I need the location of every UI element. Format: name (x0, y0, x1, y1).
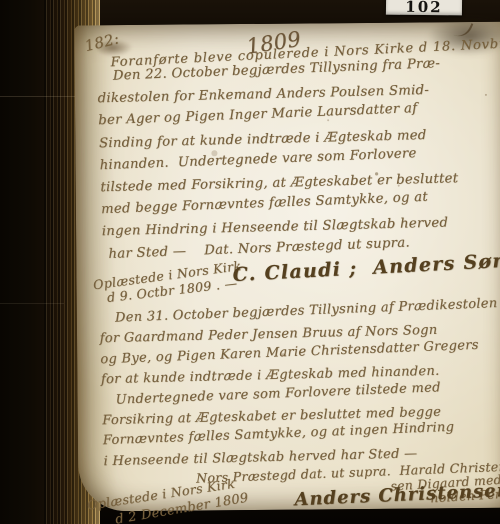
banns-entry-2: Den 31. October begjærdes Tillysning af … (99, 297, 500, 495)
page-paper: 182: 1809 Foranførte bleve copulerede i … (74, 22, 500, 512)
archive-tab: 102 (386, 0, 462, 15)
scanned-parish-register-page: { "document": { "archive_tab_number": "1… (0, 0, 500, 524)
ink-specks (74, 25, 76, 27)
scratch-line (0, 303, 64, 304)
scratch-line (0, 96, 78, 97)
banns-entry-1: Den 22. October begjærdes Tillysning fra… (97, 55, 500, 269)
archive-tab-number: 102 (405, 0, 442, 15)
